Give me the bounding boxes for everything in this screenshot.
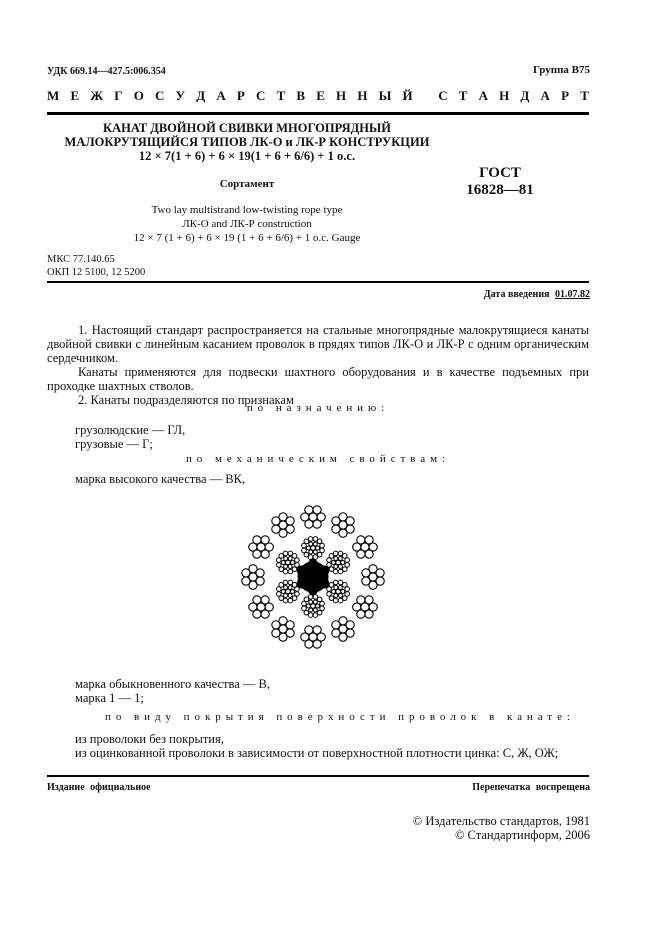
section-mechanical-heading: по механическим свойствам: [47,453,589,465]
reprint-prohibited-label: Перепечатка воспрещена [472,782,590,793]
intro-date: Дата введения 01.07.82 [484,289,590,300]
mechanical-item: марка 1 — 1; [75,691,270,705]
intro-date-label: Дата введения [484,289,550,300]
classification-codes: МКС 77.140.65 ОКП 12 5100, 12 5200 [47,253,145,279]
mechanical-item-high: марка высокого качества — ВК, [75,472,245,486]
document-title: КАНАТ ДВОЙНОЙ СВИВКИ МНОГОПРЯДНЫЙ МАЛОКР… [47,121,447,163]
purpose-list: грузолюдские — ГЛ, грузовые — Г; [75,423,185,451]
paragraph-2: Канаты применяются для подвески шахтного… [47,365,589,393]
subtitle: Сортамент [47,178,447,190]
english-title-line-2: ЛК-О and ЛК-Р construction [47,217,447,231]
mks-code: МКС 77.140.65 [47,253,145,266]
body-section: 1. Настоящий стандарт распространяется н… [47,323,589,407]
coating-list: из проволоки без покрытия, из оцинкованн… [75,732,558,760]
section-coating-heading: по виду покрытия поверхности проволок в … [105,711,575,723]
english-title: Two lay multistrand low-twisting rope ty… [47,203,447,245]
english-title-line-3: 12 × 7 (1 + 6) + 6 × 19 (1 + 6 + 6/6) + … [47,231,447,245]
udk-code: УДК 669.14—427.5:006.354 [47,66,166,77]
coating-item: из оцинкованной проволоки в зависимости … [75,746,558,760]
gost-number: 16828—81 [440,182,560,199]
official-edition-label: Издание официальное [47,782,151,793]
copyright-line-2: © Стандартинформ, 2006 [413,828,590,842]
okp-code: ОКП 12 5100, 12 5200 [47,266,145,279]
copyright-block: © Издательство стандартов, 1981 © Станда… [413,814,590,842]
title-line-1: КАНАТ ДВОЙНОЙ СВИВКИ МНОГОПРЯДНЫЙ [47,121,447,135]
copyright-line-1: © Издательство стандартов, 1981 [413,814,590,828]
gost-designation: ГОСТ 16828—81 [440,165,560,199]
intro-date-value: 01.07.82 [555,289,590,300]
group-code: Группа В75 [533,64,590,76]
coating-item: из проволоки без покрытия, [75,732,558,746]
purpose-item: грузолюдские — ГЛ, [75,423,185,437]
rope-cross-section-figure [230,490,400,670]
english-title-line-1: Two lay multistrand low-twisting rope ty… [47,203,447,217]
mechanical-item: марка обыкновенного качества — В, [75,677,270,691]
title-line-2: МАЛОКРУТЯЩИЙСЯ ТИПОВ ЛК-О и ЛК-Р КОНСТРУ… [47,135,447,149]
standard-banner: МЕЖГОСУДАРСТВЕННЫЙ СТАНДАРТ [47,88,589,104]
mechanical-list-rest: марка обыкновенного качества — В, марка … [75,677,270,705]
section-purpose-heading: по назначению: [47,402,589,414]
gost-label: ГОСТ [440,165,560,182]
paragraph-1: 1. Настоящий стандарт распространяется н… [47,323,589,365]
title-line-3: 12 × 7(1 + 6) + 6 × 19(1 + 6 + 6/6) + 1 … [47,149,447,163]
footer-divider [47,775,589,777]
top-divider [47,112,589,115]
purpose-item: грузовые — Г; [75,437,185,451]
codes-divider [47,281,589,283]
